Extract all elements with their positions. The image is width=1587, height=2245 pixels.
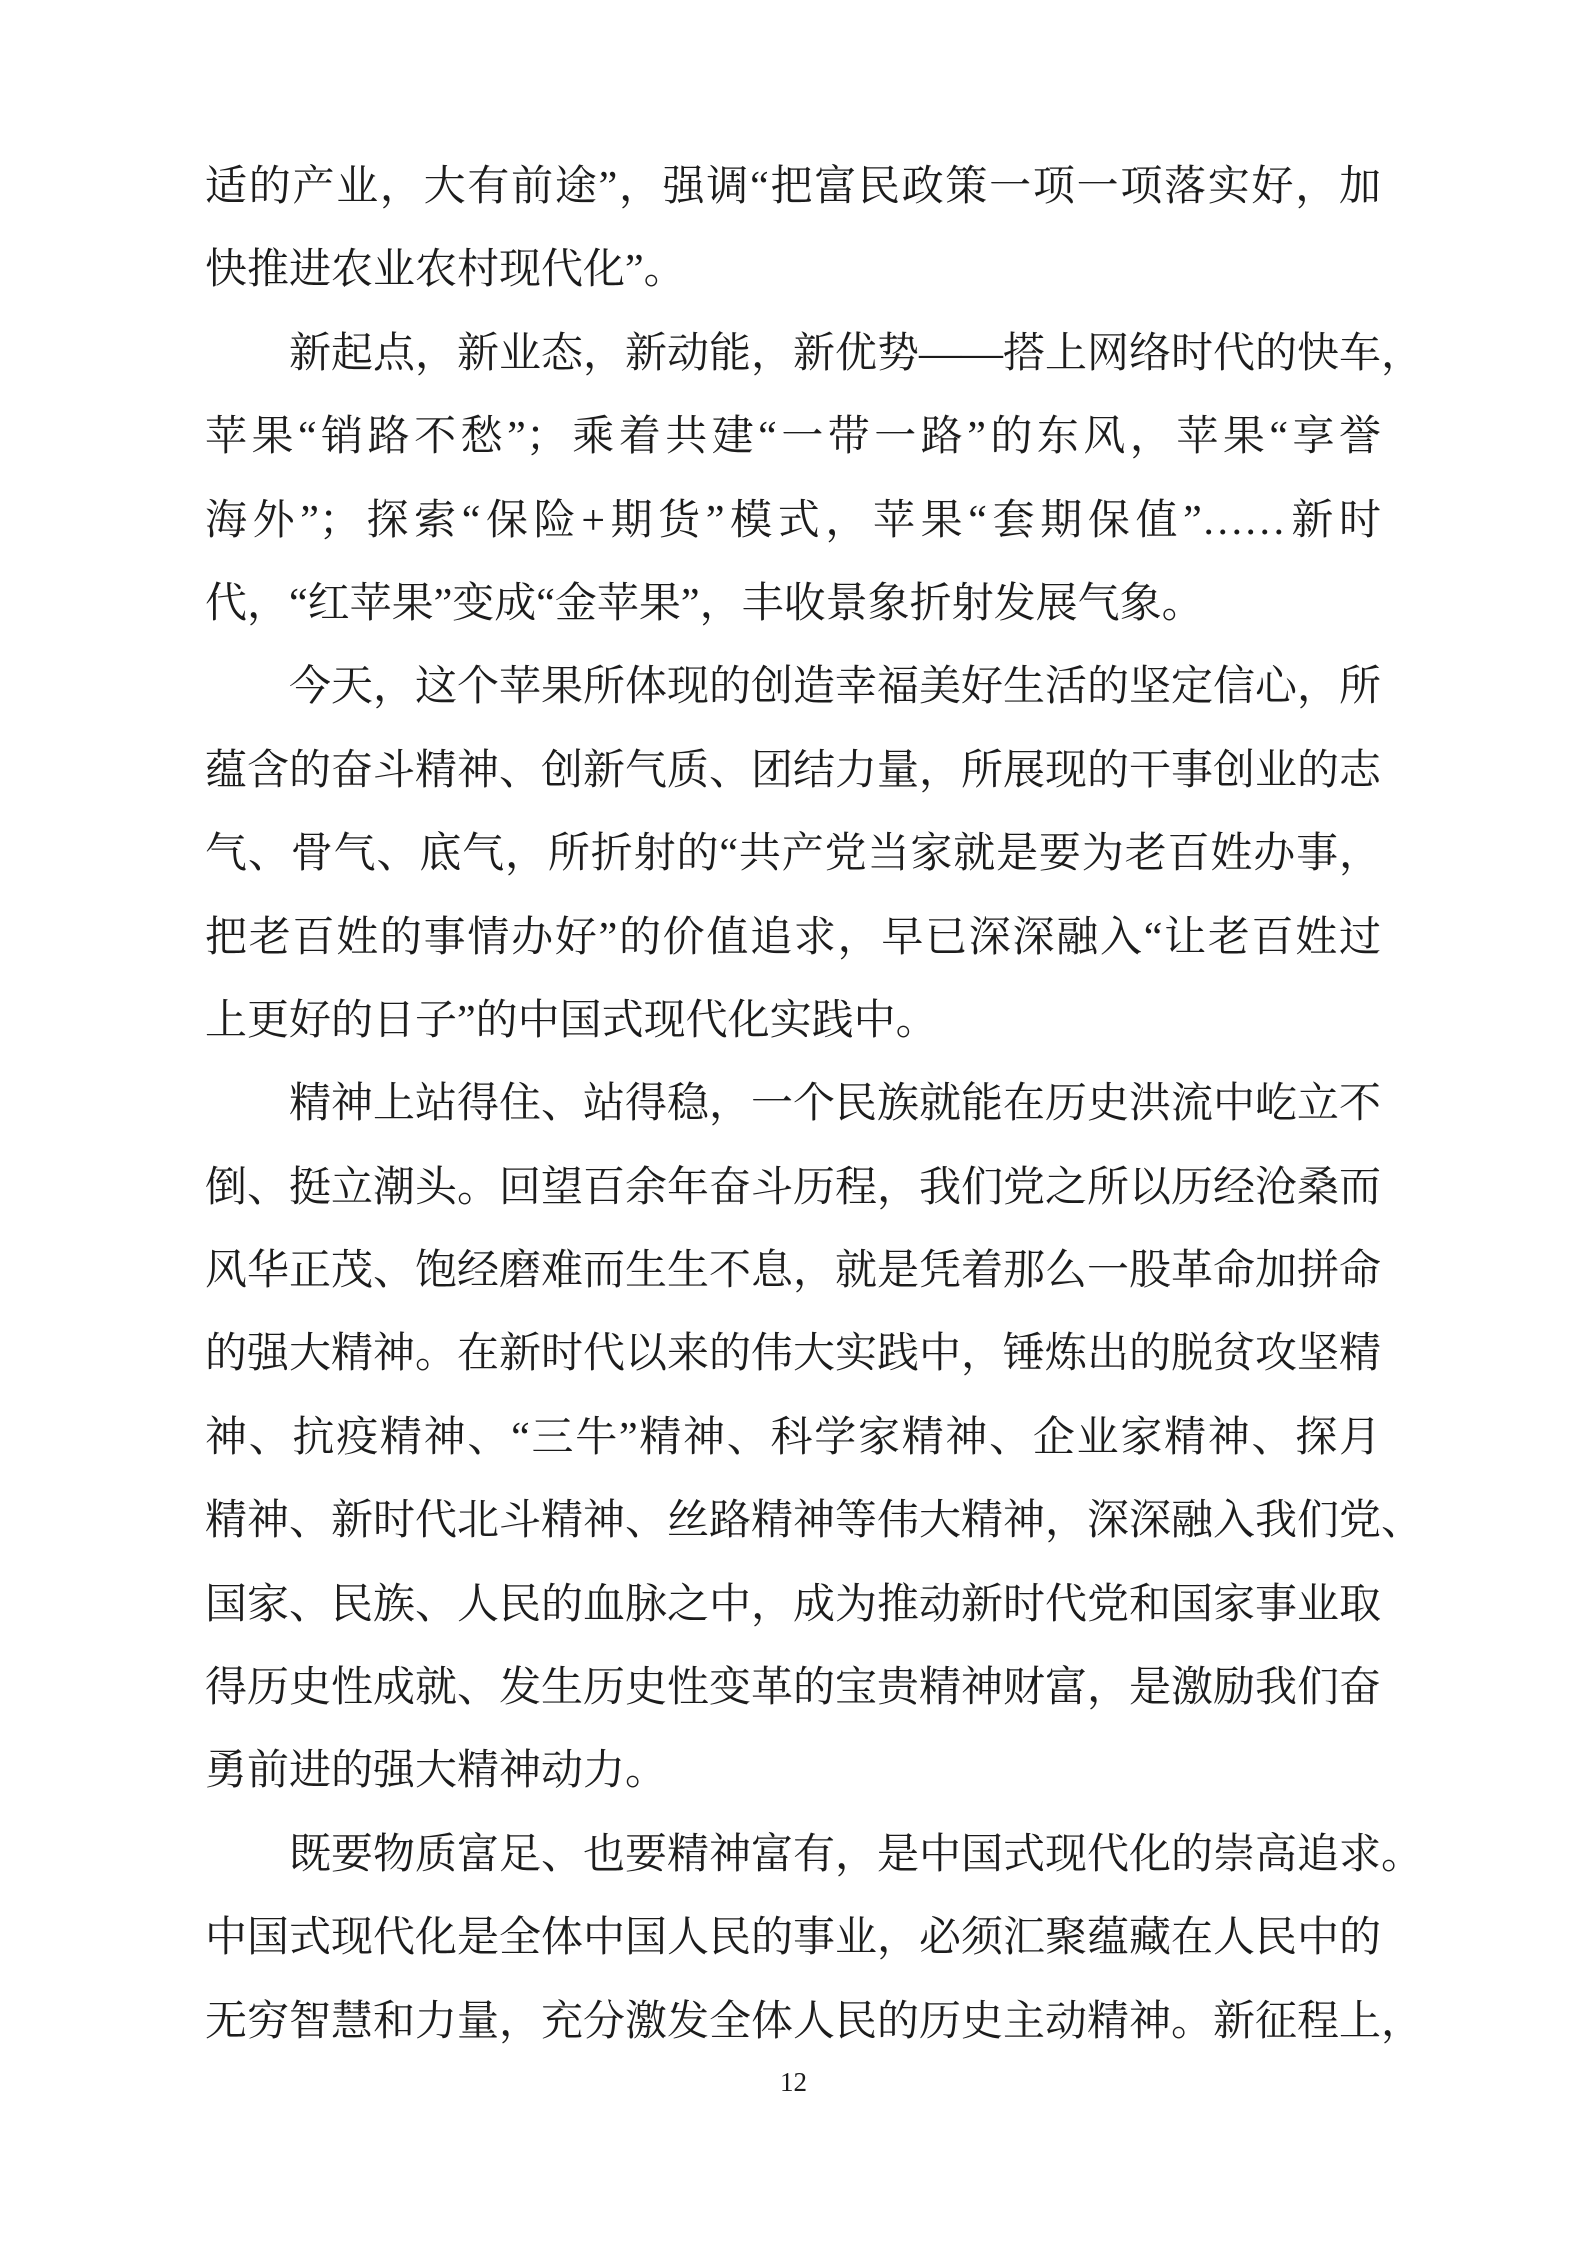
text-line: 精神、新时代北斗精神、丝路精神等伟大精神，深深融入我们党、 (205, 1480, 1381, 1563)
text-line: 适的产业，大有前途”，强调“把富民政策一项一项落实好，加 (205, 146, 1381, 229)
text-line: 气、骨气、底气，所折射的“共产党当家就是要为老百姓办事， (205, 813, 1381, 896)
text-line: 无穷智慧和力量，充分激发全体人民的历史主动精神。新征程上， (205, 1981, 1381, 2064)
text-line: 快推进农业农村现代化”。 (205, 229, 1381, 312)
text-line: 今天，这个苹果所体现的创造幸福美好生活的坚定信心，所 (205, 646, 1381, 729)
text-line: 既要物质富足、也要精神富有，是中国式现代化的崇高追求。 (205, 1814, 1381, 1897)
text-line: 蕴含的奋斗精神、创新气质、团结力量，所展现的干事创业的志 (205, 730, 1381, 813)
text-line: 代，“红苹果”变成“金苹果”，丰收景象折射发展气象。 (205, 563, 1381, 646)
page-number: 12 (0, 2066, 1587, 2098)
text-line: 精神上站得住、站得稳，一个民族就能在历史洪流中屹立不 (205, 1063, 1381, 1146)
text-line: 的强大精神。在新时代以来的伟大实践中，锤炼出的脱贫攻坚精 (205, 1313, 1381, 1396)
text-line: 中国式现代化是全体中国人民的事业，必须汇聚蕴藏在人民中的 (205, 1897, 1381, 1980)
text-line: 苹果“销路不愁”；乘着共建“一带一路”的东风，苹果“享誉 (205, 396, 1381, 479)
text-line: 上更好的日子”的中国式现代化实践中。 (205, 980, 1381, 1063)
text-line: 风华正茂、饱经磨难而生生不息，就是凭着那么一股革命加拼命 (205, 1230, 1381, 1313)
text-line: 海外”；探索“保险+期货”模式，苹果“套期保值”……新时 (205, 480, 1381, 563)
text-line: 得历史性成就、发生历史性变革的宝贵精神财富，是激励我们奋 (205, 1647, 1381, 1730)
text-line: 神、抗疫精神、“三牛”精神、科学家精神、企业家精神、探月 (205, 1397, 1381, 1480)
text-line: 勇前进的强大精神动力。 (205, 1730, 1381, 1813)
text-line: 把老百姓的事情办好”的价值追求，早已深深融入“让老百姓过 (205, 897, 1381, 980)
text-line: 新起点，新业态，新动能，新优势——搭上网络时代的快车， (205, 313, 1381, 396)
body-text: 适的产业，大有前途”，强调“把富民政策一项一项落实好，加快推进农业农村现代化”。… (205, 146, 1381, 2064)
document-page: 适的产业，大有前途”，强调“把富民政策一项一项落实好，加快推进农业农村现代化”。… (0, 0, 1587, 2245)
text-line: 倒、挺立潮头。回望百余年奋斗历程，我们党之所以历经沧桑而 (205, 1147, 1381, 1230)
text-line: 国家、民族、人民的血脉之中，成为推动新时代党和国家事业取 (205, 1564, 1381, 1647)
